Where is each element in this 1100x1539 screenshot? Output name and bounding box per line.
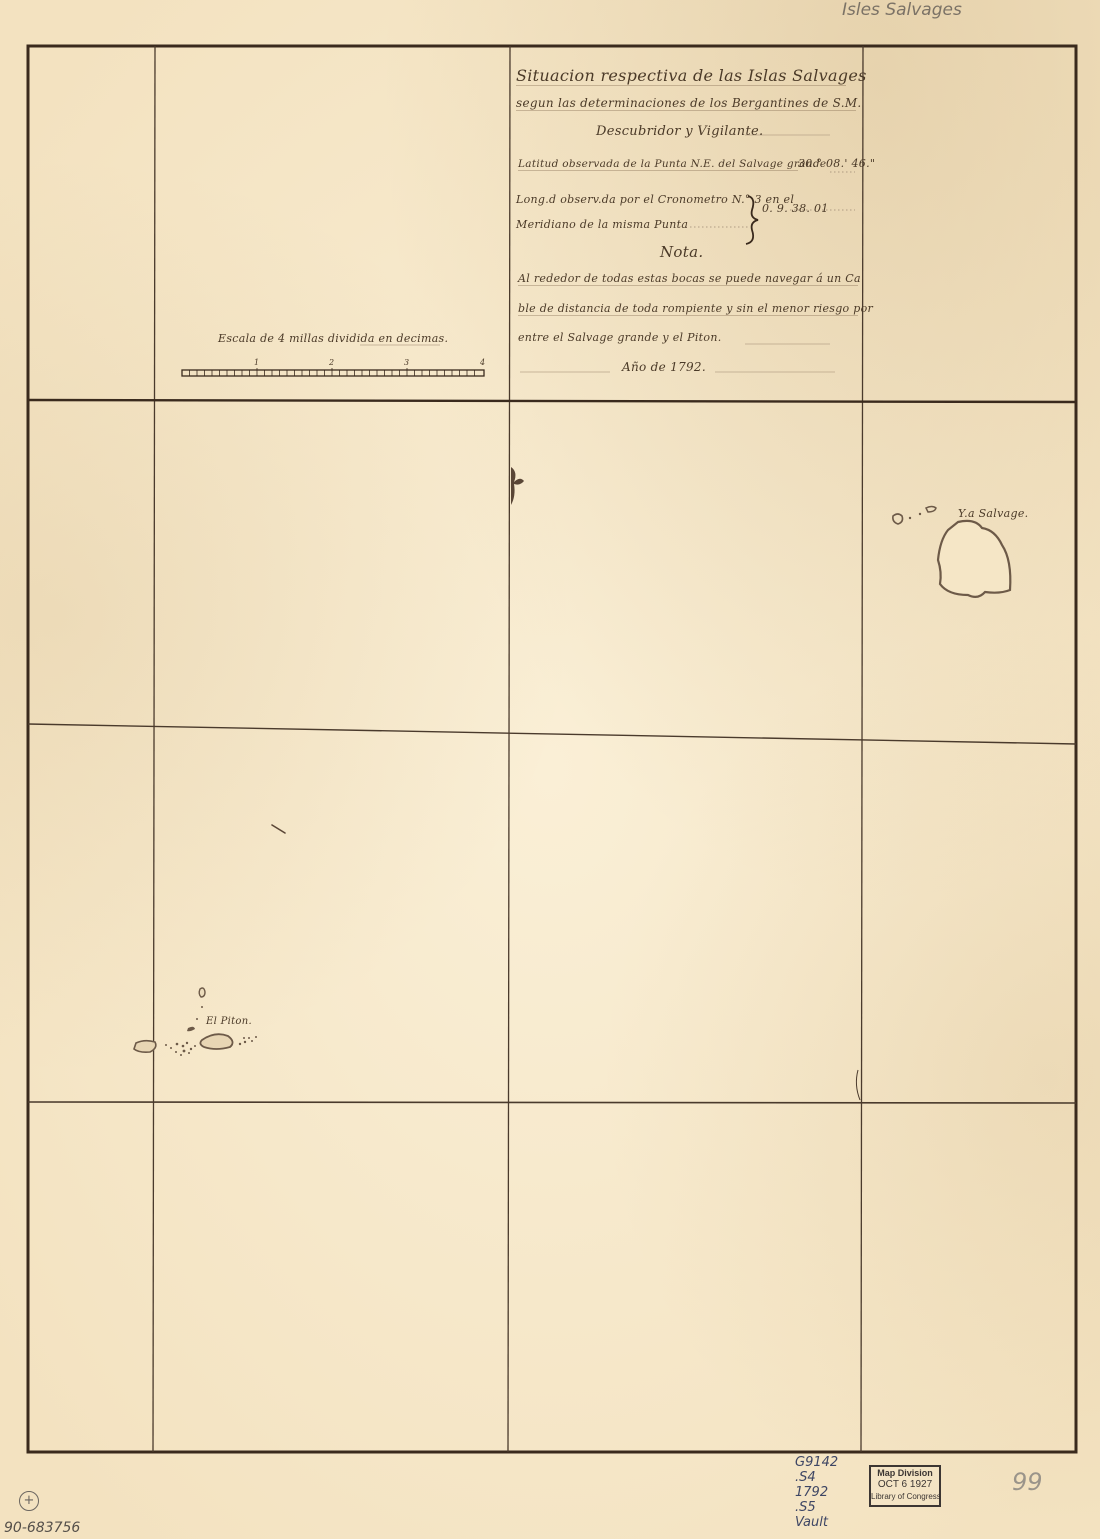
longitude-label-1: Long.d observ.da por el Cronometro N.° 3… xyxy=(516,193,794,206)
stamp-line: Library of Congress xyxy=(871,1491,939,1503)
latitude-value: 30.° 08.' 46." xyxy=(798,157,875,170)
nota-line1: Al rededor de todas estas bocas se puede… xyxy=(518,272,858,286)
stamp-line: Map Division xyxy=(871,1467,939,1479)
salvage-grande-island xyxy=(893,507,1010,597)
cartouche-title-line1: Situacion respectiva de las Islas Salvag… xyxy=(516,66,846,86)
nota-line3: entre el Salvage grande y el Piton. xyxy=(518,331,722,344)
call-number-line: 1792 xyxy=(795,1485,838,1500)
scale-tick-2: 2 xyxy=(329,358,334,367)
catalog-number: 90-683756 xyxy=(4,1520,80,1536)
call-number-line: .S5 xyxy=(795,1500,838,1515)
nota-heading: Nota. xyxy=(660,243,703,261)
call-number-line: .S4 xyxy=(795,1470,838,1485)
sheet-number: 99 xyxy=(1012,1468,1043,1496)
call-number: G9142 .S4 1792 .S5 Vault xyxy=(795,1455,838,1530)
nota-line2: ble de distancia de toda rompiente y sin… xyxy=(518,302,858,316)
salvage-grande-label: Y.a Salvage. xyxy=(958,507,1028,520)
scale-tick-4: 4 xyxy=(480,358,485,367)
call-number-line: Vault xyxy=(795,1515,838,1530)
longitude-label-2: Meridiano de la misma Punta xyxy=(516,218,688,231)
library-of-congress-stamp: Map Division OCT 6 1927 Library of Congr… xyxy=(869,1465,941,1507)
latitude-label: Latitud observada de la Punta N.E. del S… xyxy=(518,158,798,171)
longitude-value: 0. 9. 38. 01 xyxy=(762,202,829,215)
fleur-de-lis-icon xyxy=(511,467,524,505)
circled-mark-icon: + xyxy=(19,1491,39,1511)
cartouche-title-line3: Descubridor y Vigilante. xyxy=(596,124,763,139)
piton-label: El Piton. xyxy=(206,1016,252,1027)
stamp-date: OCT 6 1927 xyxy=(871,1479,939,1491)
scale-label: Escala de 4 millas dividida en decimas. xyxy=(218,332,448,345)
scale-tick-1: 1 xyxy=(254,358,259,367)
call-number-line: G9142 xyxy=(795,1455,838,1470)
scale-bar xyxy=(182,368,484,376)
year-label: Año de 1792. xyxy=(622,360,706,374)
map-sheet: Isles Salvages Situacion respectiva de l… xyxy=(0,0,1100,1539)
scale-tick-3: 3 xyxy=(404,358,409,367)
cartouche-title-line2: segun las determinaciones de los Bergant… xyxy=(516,96,856,111)
pencil-title-note: Isles Salvages xyxy=(842,0,962,20)
